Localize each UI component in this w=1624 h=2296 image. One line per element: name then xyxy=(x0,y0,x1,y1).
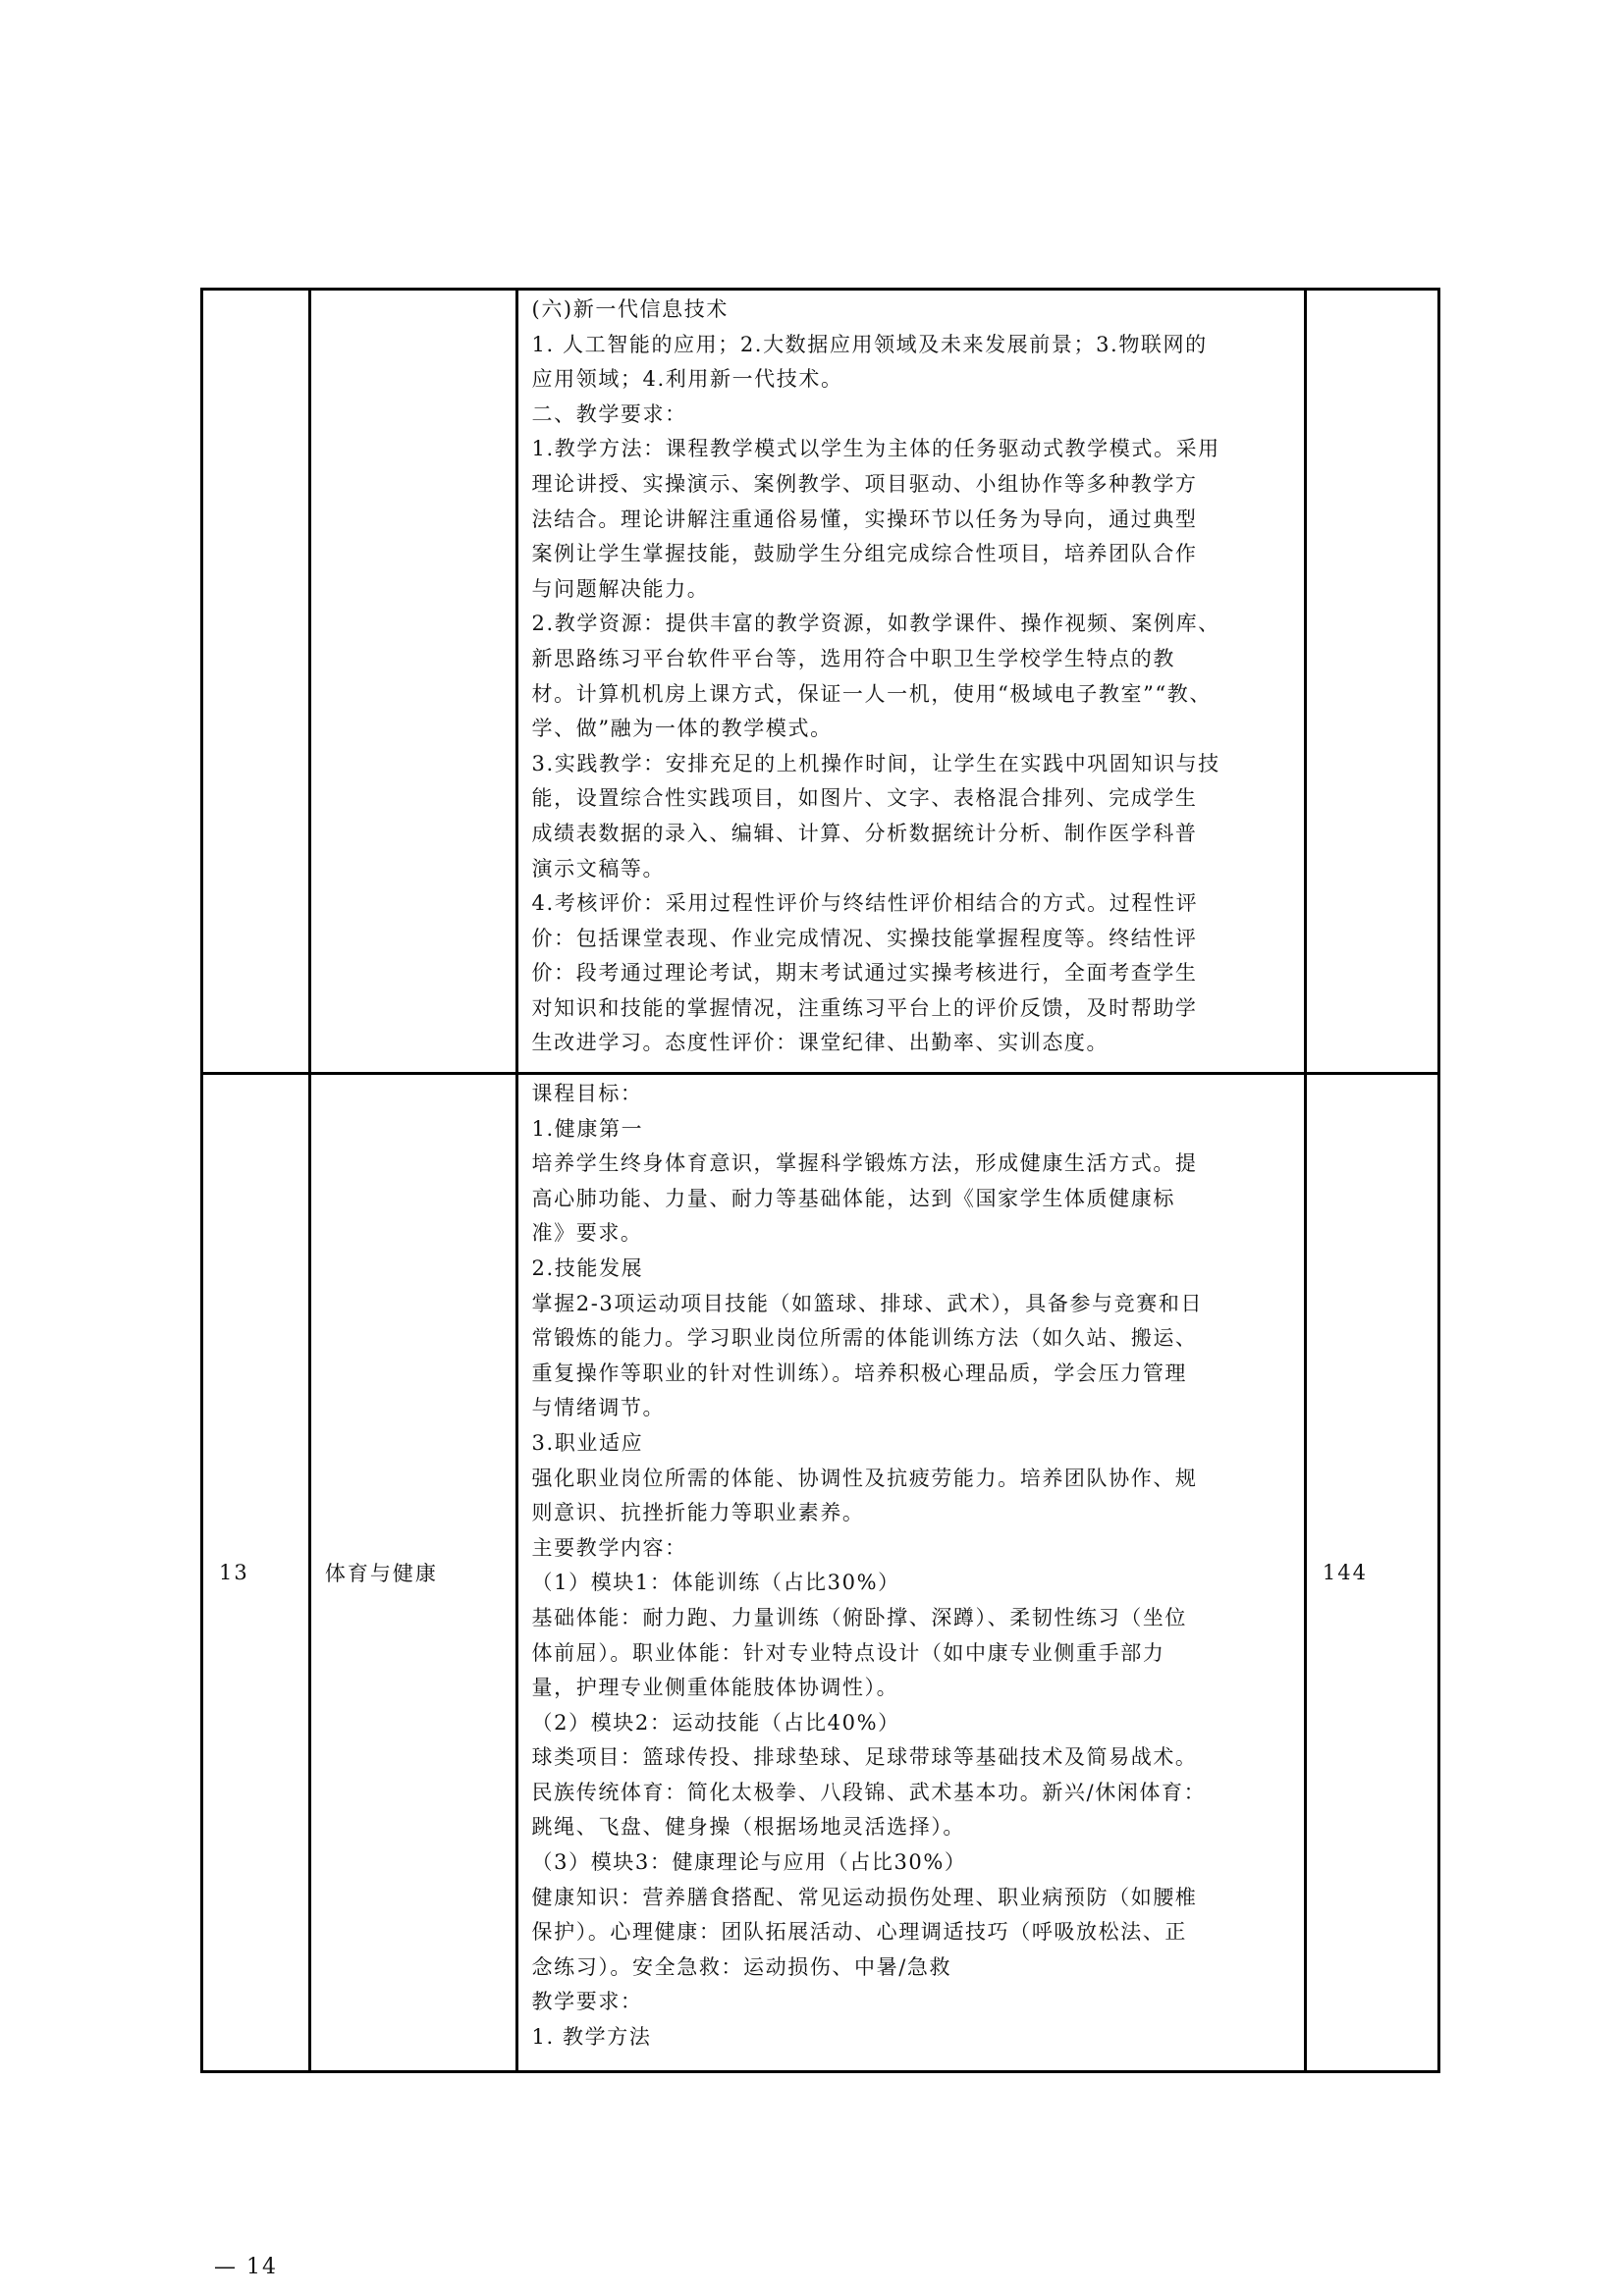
content-line: 与问题解决能力。 xyxy=(532,572,1298,608)
content-line: 材。计算机机房上课方式，保证一人一机，使用“极域电子教室”“教、 xyxy=(532,677,1298,713)
content-line: 价：包括课堂表现、作业完成情况、实操技能掌握程度等。终结性评 xyxy=(532,922,1298,957)
course-number-cell: 13 xyxy=(202,1074,310,2072)
content-line: 法结合。理论讲解注重通俗易懂，实操环节以任务为导向，通过典型 xyxy=(532,503,1298,538)
content-line: 与情绪调节。 xyxy=(532,1391,1298,1426)
content-line: 理论讲授、实操演示、案例教学、项目驱动、小组协作等多种教学方 xyxy=(532,467,1298,503)
course-content-cell: 课程目标： 1.健康第一 培养学生终身体育意识，掌握科学锻炼方法，形成健康生活方… xyxy=(516,1074,1305,2072)
content-line: （2）模块2：运动技能（占比40%） xyxy=(532,1706,1298,1741)
content-line: 新思路练习平台软件平台等，选用符合中职卫生学校学生特点的教 xyxy=(532,642,1298,677)
content-line: （3）模块3：健康理论与应用（占比30%） xyxy=(532,1845,1298,1881)
content-line: 演示文稿等。 xyxy=(532,852,1298,887)
content-line: 量，护理专业侧重体能肢体协调性）。 xyxy=(532,1671,1298,1706)
content-line: 价：段考通过理论考试，期末考试通过实操考核进行，全面考查学生 xyxy=(532,956,1298,991)
content-line: 教学要求： xyxy=(532,1985,1298,2020)
content-line: 对知识和技能的掌握情况，注重练习平台上的评价反馈，及时帮助学 xyxy=(532,991,1298,1027)
course-hours-cell: 144 xyxy=(1305,1074,1438,2072)
content-line: 念练习）。安全急救：运动损伤、中暑/急救 xyxy=(532,1950,1298,1986)
content-line: 体前屈）。职业体能：针对专业特点设计（如中康专业侧重手部力 xyxy=(532,1636,1298,1672)
content-line: (六)新一代信息技术 xyxy=(532,293,1298,328)
content-line: 基础体能：耐力跑、力量训练（俯卧撑、深蹲）、柔韧性练习（坐位 xyxy=(532,1601,1298,1636)
content-line: （1）模块1：体能训练（占比30%） xyxy=(532,1566,1298,1601)
content-line: 1.教学方法：课程教学模式以学生为主体的任务驱动式教学模式。采用 xyxy=(532,432,1298,467)
content-line: 重复操作等职业的针对性训练）。培养积极心理品质，学会压力管理 xyxy=(532,1357,1298,1392)
content-line: 强化职业岗位所需的体能、协调性及抗疲劳能力。培养团队协作、规 xyxy=(532,1462,1298,1497)
content-line: 2.技能发展 xyxy=(532,1252,1298,1287)
content-line: 主要教学内容： xyxy=(532,1531,1298,1567)
content-line: 民族传统体育：简化太极拳、八段锦、武术基本功。新兴/休闲体育： xyxy=(532,1776,1298,1811)
content-line: 跳绳、飞盘、健身操（根据场地灵活选择）。 xyxy=(532,1810,1298,1845)
content-line: 掌握2-3项运动项目技能（如篮球、排球、武术），具备参与竞赛和日 xyxy=(532,1287,1298,1322)
table-row: (六)新一代信息技术 1. 人工智能的应用；2.大数据应用领域及未来发展前景；3… xyxy=(202,290,1439,1074)
content-line: 1. 人工智能的应用；2.大数据应用领域及未来发展前景；3.物联网的 xyxy=(532,328,1298,363)
content-line: 健康知识：营养膳食搭配、常见运动损伤处理、职业病预防（如腰椎 xyxy=(532,1881,1298,1916)
content-line: 能，设置综合性实践项目，如图片、文字、表格混合排列、完成学生 xyxy=(532,781,1298,817)
course-name-cell xyxy=(309,290,516,1074)
content-line: 学、做”融为一体的教学模式。 xyxy=(532,712,1298,747)
content-line: 4.考核评价：采用过程性评价与终结性评价相结合的方式。过程性评 xyxy=(532,886,1298,922)
content-line: 高心肺功能、力量、耐力等基础体能，达到《国家学生体质健康标 xyxy=(532,1182,1298,1217)
content-line: 1.健康第一 xyxy=(532,1112,1298,1148)
content-line: 生改进学习。态度性评价：课堂纪律、出勤率、实训态度。 xyxy=(532,1026,1298,1061)
course-hours-cell xyxy=(1305,290,1438,1074)
content-line: 成绩表数据的录入、编辑、计算、分析数据统计分析、制作医学科普 xyxy=(532,817,1298,852)
content-line: 3.职业适应 xyxy=(532,1426,1298,1462)
content-line: 二、教学要求： xyxy=(532,398,1298,433)
content-line: 1. 教学方法 xyxy=(532,2020,1298,2056)
page-number: — 14 xyxy=(214,2255,278,2279)
content-line: 保护）。心理健康：团队拓展活动、心理调适技巧（呼吸放松法、正 xyxy=(532,1915,1298,1950)
content-line: 2.教学资源：提供丰富的教学资源，如教学课件、操作视频、案例库、 xyxy=(532,607,1298,642)
content-line: 3.实践教学：安排充足的上机操作时间，让学生在实践中巩固知识与技 xyxy=(532,747,1298,782)
course-content-cell: (六)新一代信息技术 1. 人工智能的应用；2.大数据应用领域及未来发展前景；3… xyxy=(516,290,1305,1074)
course-table: (六)新一代信息技术 1. 人工智能的应用；2.大数据应用领域及未来发展前景；3… xyxy=(200,288,1440,2073)
content-line: 课程目标： xyxy=(532,1077,1298,1112)
content-line: 应用领域；4.利用新一代技术。 xyxy=(532,362,1298,398)
content-line: 球类项目：篮球传投、排球垫球、足球带球等基础技术及简易战术。 xyxy=(532,1740,1298,1776)
content-line: 常锻炼的能力。学习职业岗位所需的体能训练方法（如久站、搬运、 xyxy=(532,1321,1298,1357)
course-number-cell xyxy=(202,290,310,1074)
content-line: 案例让学生掌握技能，鼓励学生分组完成综合性项目，培养团队合作 xyxy=(532,537,1298,572)
course-name-cell: 体育与健康 xyxy=(309,1074,516,2072)
table-row: 13 体育与健康 课程目标： 1.健康第一 培养学生终身体育意识，掌握科学锻炼方… xyxy=(202,1074,1439,2072)
content-line: 培养学生终身体育意识，掌握科学锻炼方法，形成健康生活方式。提 xyxy=(532,1147,1298,1182)
content-line: 则意识、抗挫折能力等职业素养。 xyxy=(532,1496,1298,1531)
content-line: 准》要求。 xyxy=(532,1216,1298,1252)
